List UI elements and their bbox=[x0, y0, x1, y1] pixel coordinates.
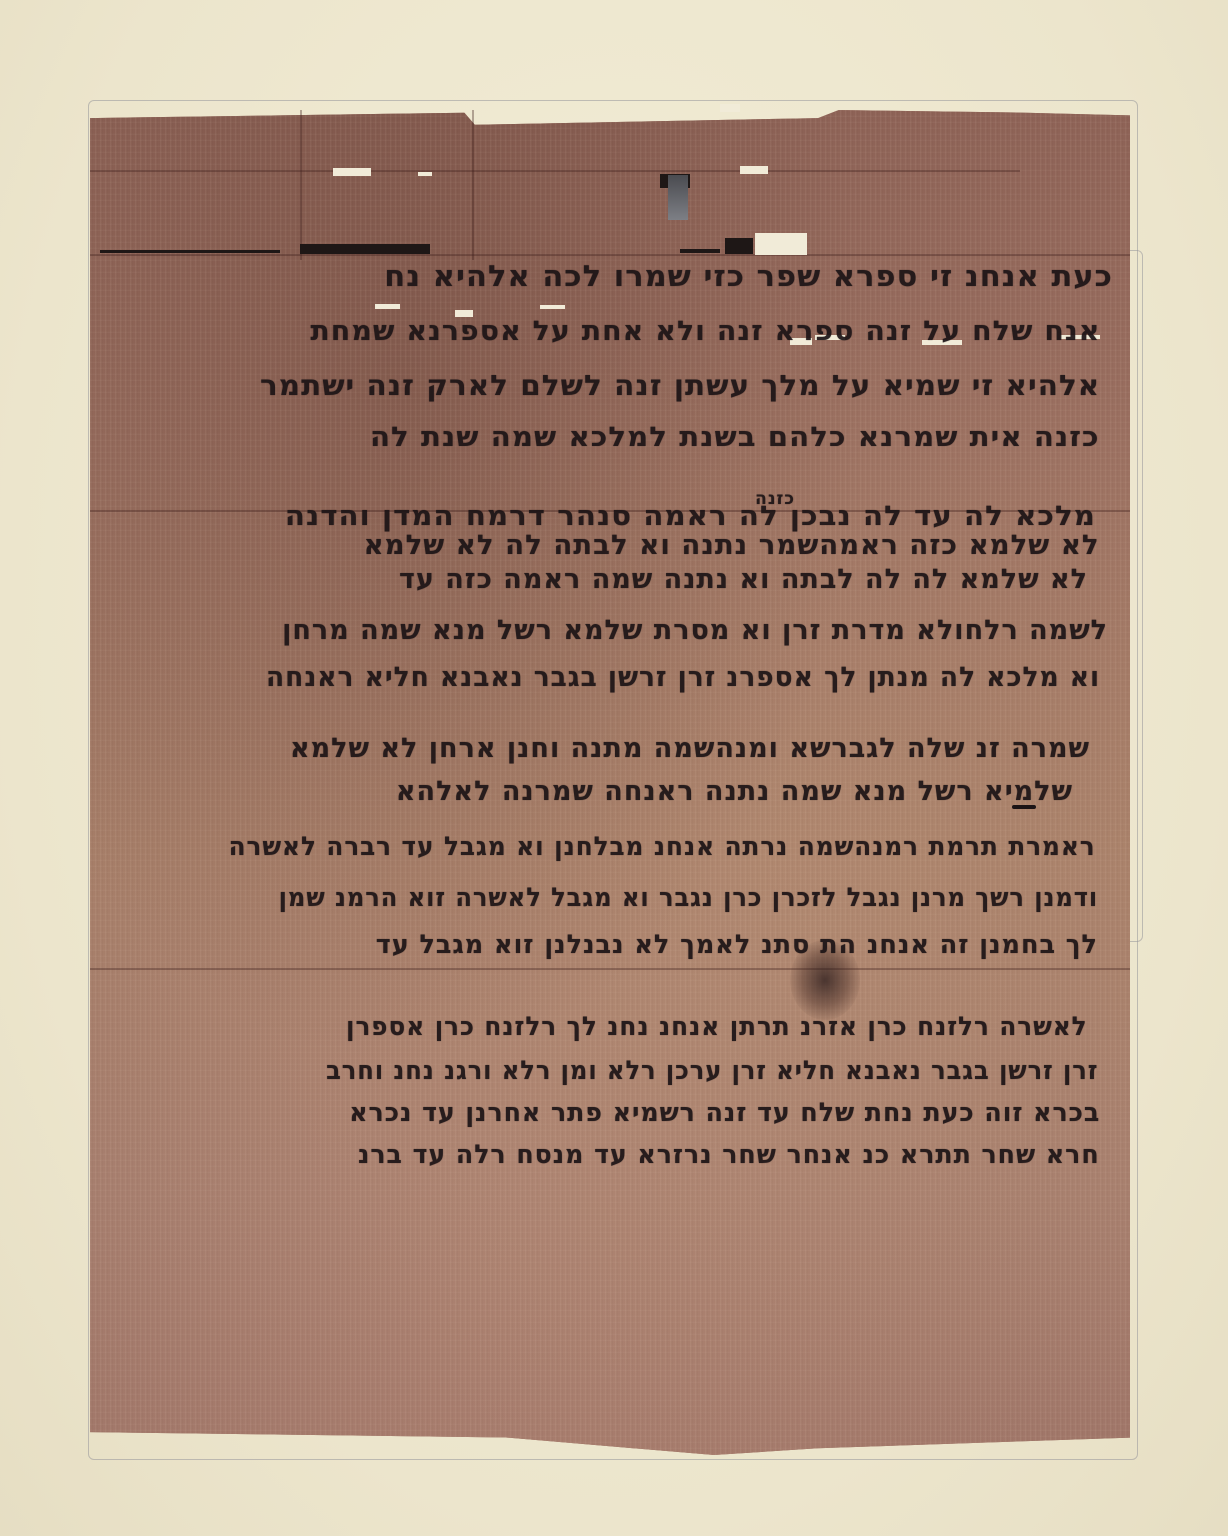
dark-tear bbox=[300, 244, 430, 254]
papyrus-hole bbox=[540, 305, 565, 309]
text-line-1: כעת אנחנ זי ספרא שפר כזי שמרו לכה אלהיא … bbox=[384, 262, 1113, 291]
papyrus-hole bbox=[333, 168, 371, 176]
text-line-11: שלמיא רשל מנא שמה נתנה ראנחה שמרנה לאלהא bbox=[396, 778, 1073, 805]
text-line-10: שמרה זנ שלה לגברשא ומנהשמה מתנה וחנן ארח… bbox=[290, 735, 1090, 762]
text-line-2: אנח שלח על זנה ספרא זנה ולא אחת על אספרנ… bbox=[310, 318, 1100, 345]
dark-tear bbox=[725, 238, 753, 254]
text-line-7: לא שלמא לה לה לבתה וא נתנה שמה ראמה כזה … bbox=[399, 566, 1088, 593]
dark-tear bbox=[680, 249, 720, 253]
text-line-9: וא מלכא לה מנתן לך אספרנ זרן זרשן בגבר נ… bbox=[266, 664, 1100, 691]
text-line-14: לך בחמנן זה אנחנ הת סתנ לאמך לא נבנלנן ז… bbox=[376, 932, 1098, 958]
text-line-15: לאשרה רלזנח כרן אזרנ תרתן אנחנ נחנ לך רל… bbox=[346, 1014, 1088, 1040]
papyrus-hole bbox=[418, 172, 432, 176]
text-line-4: כזנה אית שמרנא כלהם בשנת למלכא שמה שנת ל… bbox=[370, 424, 1100, 451]
text-line-18: חרא שחר תתרא כנ אנחר שחר נרזרא עד מנסח ר… bbox=[358, 1142, 1100, 1168]
text-line-6: לא שלמא כזה ראמהשמר נתנה וא לבתה לה לא ש… bbox=[364, 532, 1100, 559]
papyrus-hole bbox=[720, 104, 740, 112]
fold-line bbox=[472, 110, 474, 260]
text-line-8: לשמה רלחולא מדרת זרן וא מסרת שלמא רשל מנ… bbox=[282, 617, 1108, 644]
text-line-5: מלכא לה עד לה נבכן לה ראמה סנהר דרמח המד… bbox=[285, 503, 1096, 530]
papyrus-hole bbox=[740, 166, 768, 174]
fold-line bbox=[300, 110, 302, 260]
grey-patch bbox=[668, 175, 688, 220]
text-line-16: זרן זרשן בגבר נאבנא חליא זרן ערכן רלא ומ… bbox=[326, 1058, 1098, 1084]
fold-line bbox=[90, 254, 1130, 256]
text-line-3: אלהיא זי שמיא על מלך עשתן זנה לשלם לארק … bbox=[260, 372, 1100, 400]
papyrus-hole bbox=[375, 304, 400, 309]
text-line-12: ראמרת תרמת רמנהשמה נרתה אנחנ מבלחנן וא מ… bbox=[229, 834, 1096, 860]
fold-line bbox=[90, 968, 1130, 970]
line-filler-stroke bbox=[1012, 805, 1036, 809]
text-line-17: בכרא זוה כעת נחת שלח עד זנה רשמיא פתר אח… bbox=[349, 1100, 1100, 1126]
papyrus-hole bbox=[755, 233, 807, 255]
text-line-13: ודמנן רשך מרנן נגבל לזכרן כרן נגבר וא מג… bbox=[279, 885, 1098, 911]
fold-line bbox=[90, 170, 1020, 172]
dark-tear bbox=[100, 250, 280, 253]
